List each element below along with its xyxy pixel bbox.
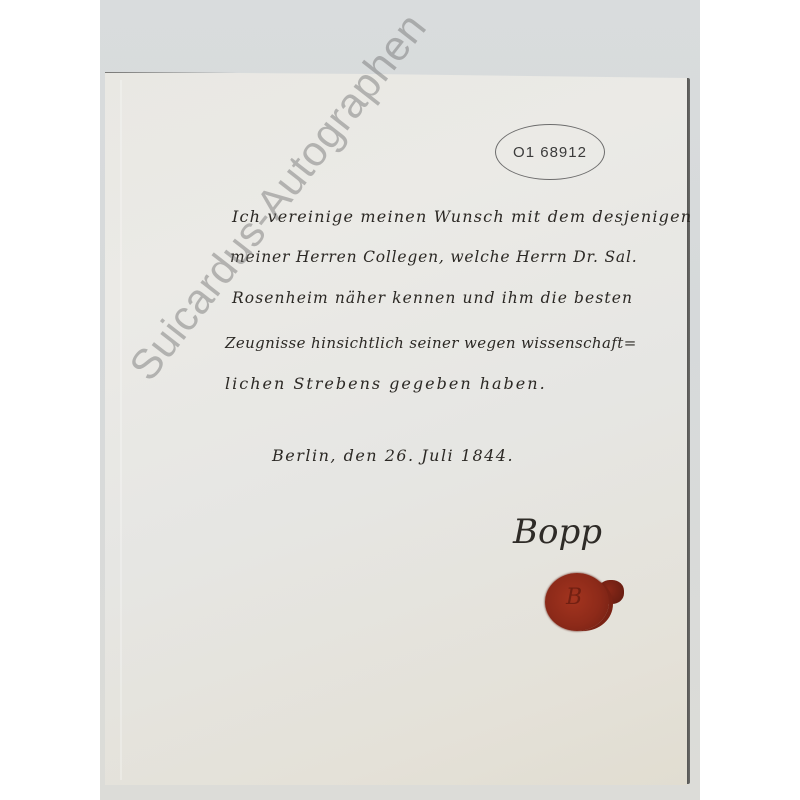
wax-seal-monogram: B — [566, 585, 582, 610]
letter-body: Ich vereinige meinen Wunsch mit dem desj… — [0, 0, 800, 800]
letter-line-4: Zeugnisse hinsichtlich seiner wegen wiss… — [225, 334, 637, 352]
letter-dateline: Berlin, den 26. Juli 1844. — [272, 446, 514, 465]
letter-line-3: Rosenheim näher kennen und ihm die beste… — [232, 289, 633, 307]
signature: Bopp — [513, 512, 602, 552]
letter-line-2: meiner Herren Collegen, welche Herrn Dr.… — [230, 248, 637, 266]
letter-line-1: Ich vereinige meinen Wunsch mit dem desj… — [232, 207, 692, 226]
letter-line-5: lichen Strebens gegeben haben. — [225, 374, 547, 393]
